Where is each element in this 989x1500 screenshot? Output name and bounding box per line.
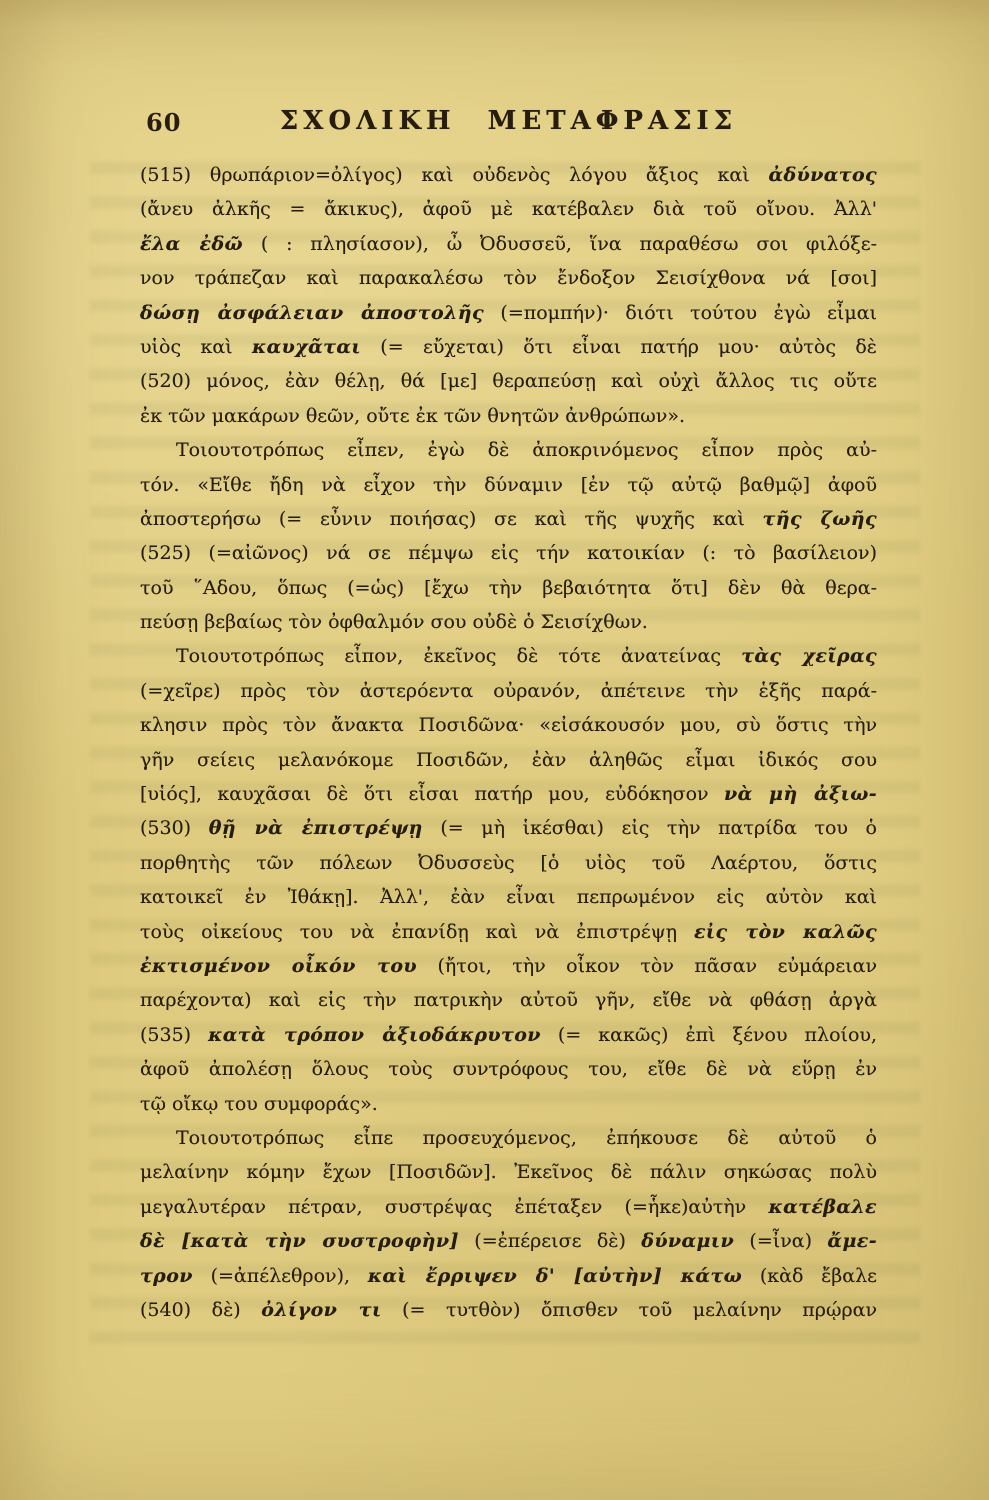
text-segment: (535) bbox=[140, 1024, 208, 1046]
text-line: (525) (=αἰῶνος) νά σε πέμψω εἰς τήν κατο… bbox=[140, 536, 877, 570]
text-line: τοὺς οἰκείους του νὰ ἐπανίδῃ καὶ νὰ ἐπισ… bbox=[140, 915, 877, 949]
lemma-bold-italic: ὀλίγον τι bbox=[261, 1299, 381, 1321]
text-segment: (ἄνευ ἀλκῆς = ἄκικυς), ἀφοῦ μὲ κατέβαλεν… bbox=[140, 198, 877, 220]
text-line: ἀφοῦ ἀπολέσῃ ὅλους τοὺς συντρόφους του, … bbox=[140, 1052, 877, 1086]
text-segment: (= κακῶς) ἐπὶ ξένου πλοίου, bbox=[541, 1024, 877, 1046]
text-segment: [υἱός], καυχᾶσαι δὲ ὅτι εἶσαι πατήρ μου,… bbox=[140, 783, 724, 805]
text-line: μεγαλυτέραν πέτραν, συστρέψας ἐπέταξεν (… bbox=[140, 1190, 877, 1224]
text-line: Τοιουτοτρόπως εἶπε προσευχόμενος, ἐπήκου… bbox=[140, 1121, 877, 1155]
text-line: Τοιουτοτρόπως εἶπεν, ἐγὼ δὲ ἀποκρινόμενο… bbox=[140, 433, 877, 467]
text-line: τόν. «Εἴθε ἤδη νὰ εἶχον τὴν δύναμιν [ἐν … bbox=[140, 468, 877, 502]
text-segment: ( : πλησίασον), ὦ Ὀδυσσεῦ, ἵνα παραθέσω … bbox=[243, 233, 877, 255]
text-line: (=χεῖρε) πρὸς τὸν ἀστερόεντα οὐρανόν, ἀπ… bbox=[140, 674, 877, 708]
text-line: κατοικεῖ ἐν Ἰθάκῃ]. Ἀλλ', ἐὰν εἶναι πεπρ… bbox=[140, 880, 877, 914]
lemma-bold-italic: καὶ ἔρριψεν δ' [αὐτὴν] κάτω bbox=[368, 1265, 742, 1287]
running-header-title: ΣΧΟΛΙΚΗ ΜΕΤΑΦΡΑΣΙΣ bbox=[140, 106, 877, 136]
text-line: (530) θῇ νὰ ἐπιστρέψῃ (= μὴ ἱκέσθαι) εἰς… bbox=[140, 811, 877, 845]
text-segment: (540) δὲ) bbox=[140, 1299, 261, 1321]
text-line: ἐκτισμένον οἶκόν του (ἤτοι, τὴν οἶκον τὸ… bbox=[140, 949, 877, 983]
text-segment: Τοιουτοτρόπως εἶπεν, ἐγὼ δὲ ἀποκρινόμενο… bbox=[176, 439, 877, 461]
text-line: γῆν σείεις μελανόκομε Ποσιδῶν, ἐὰν ἀληθῶ… bbox=[140, 743, 877, 777]
text-segment: κατοικεῖ ἐν Ἰθάκῃ]. Ἀλλ', ἐὰν εἶναι πεπρ… bbox=[140, 886, 877, 908]
lemma-bold-italic: κατέβαλε bbox=[768, 1196, 877, 1218]
text-segment: (=ἐπέρεισε δὲ) bbox=[459, 1230, 641, 1252]
text-segment: γῆν σείεις μελανόκομε Ποσιδῶν, ἐὰν ἀληθῶ… bbox=[140, 749, 877, 771]
text-segment: πορθητὴς τῶν πόλεων Ὀδυσσεὺς [ὁ υἱὸς τοῦ… bbox=[140, 852, 877, 874]
text-segment: (=ἀπέλεθρον), bbox=[193, 1265, 368, 1287]
text-line: (540) δὲ) ὀλίγον τι (= τυτθὸν) ὄπισθεν τ… bbox=[140, 1293, 877, 1327]
text-segment: τοῦ ῞Αδου, ὅπως (=ὡς) [ἔχω τὴν βεβαιότητ… bbox=[140, 577, 877, 599]
lemma-bold-italic: νὰ μὴ ἀξιω- bbox=[724, 783, 877, 805]
text-line: δώσῃ ἀσφάλειαν ἀποστολῆς (=πομπήν)· διότ… bbox=[140, 296, 877, 330]
text-segment: (525) (=αἰῶνος) νά σε πέμψω εἰς τήν κατο… bbox=[140, 542, 877, 564]
lemma-bold-italic: δὲ [κατὰ τὴν συστροφὴν] bbox=[140, 1230, 459, 1252]
text-line: τῷ οἴκῳ του συμφοράς». bbox=[140, 1087, 877, 1121]
lemma-bold-italic: κατὰ τρόπον ἀξιοδάκρυτον bbox=[208, 1024, 541, 1046]
text-segment: (κὰδ ἔβαλε bbox=[742, 1265, 877, 1287]
text-segment: (=χεῖρε) πρὸς τὸν ἀστερόεντα οὐρανόν, ἀπ… bbox=[140, 680, 877, 702]
text-segment: πεύσῃ βεβαίως τὸν ὀφθαλμόν σου οὐδὲ ὁ Σε… bbox=[140, 611, 648, 633]
text-segment: υἱὸς καὶ bbox=[140, 336, 252, 358]
text-segment: (ἤτοι, τὴν οἶκον τὸν πᾶσαν εὐμάρειαν bbox=[417, 955, 877, 977]
scanned-book-page: 60 ΣΧΟΛΙΚΗ ΜΕΤΑΦΡΑΣΙΣ (515) θρωπάριον=ὀλ… bbox=[0, 0, 989, 1500]
body-text: (515) θρωπάριον=ὀλίγος) καὶ οὐδενὸς λόγο… bbox=[140, 158, 877, 1327]
text-segment: (=ἶνα) bbox=[734, 1230, 827, 1252]
text-line: νον τράπεζαν καὶ παρακαλέσω τὸν ἔνδοξον … bbox=[140, 261, 877, 295]
text-line: πορθητὴς τῶν πόλεων Ὀδυσσεὺς [ὁ υἱὸς τοῦ… bbox=[140, 846, 877, 880]
text-segment: ἐκ τῶν μακάρων θεῶν, οὔτε ἐκ τῶν θνητῶν … bbox=[140, 405, 685, 427]
text-segment: παρέχοντα) καὶ εἰς τὴν πατρικὴν αὐτοῦ γῆ… bbox=[140, 989, 877, 1011]
text-segment: ἀποστερήσω (= εὖνιν ποιήσας) σε καὶ τῆς … bbox=[140, 508, 763, 530]
text-segment: (= τυτθὸν) ὄπισθεν τοῦ μελαίνην πρῴραν bbox=[382, 1299, 877, 1321]
text-segment: (= εὔχεται) ὅτι εἶναι πατήρ μου· αὐτὸς δ… bbox=[361, 336, 877, 358]
lemma-bold-italic: ἐκτισμένον οἶκόν του bbox=[140, 955, 417, 977]
text-line: παρέχοντα) καὶ εἰς τὴν πατρικὴν αὐτοῦ γῆ… bbox=[140, 983, 877, 1017]
text-line: κλησιν πρὸς τὸν ἄνακτα Ποσιδῶνα· «εἰσάκο… bbox=[140, 708, 877, 742]
text-line: τρον (=ἀπέλεθρον), καὶ ἔρριψεν δ' [αὐτὴν… bbox=[140, 1259, 877, 1293]
lemma-bold-italic: ἄμε- bbox=[827, 1230, 877, 1252]
lemma-bold-italic: εἰς τὸν καλῶς bbox=[694, 921, 877, 943]
text-segment: Τοιουτοτρόπως εἶπε προσευχόμενος, ἐπήκου… bbox=[176, 1127, 877, 1149]
text-line: ἀποστερήσω (= εὖνιν ποιήσας) σε καὶ τῆς … bbox=[140, 502, 877, 536]
text-segment: (520) μόνος, ἐὰν θέλῃ, θά [με] θεραπεύσῃ… bbox=[140, 370, 877, 392]
lemma-bold-italic: ἔλα ἐδῶ bbox=[140, 233, 243, 255]
lemma-bold-italic: ἀδύνατος bbox=[768, 164, 877, 186]
lemma-bold-italic: τὰς χεῖρας bbox=[741, 645, 877, 667]
text-line: υἱὸς καὶ καυχᾶται (= εὔχεται) ὅτι εἶναι … bbox=[140, 330, 877, 364]
lemma-bold-italic: τρον bbox=[140, 1265, 193, 1287]
text-line: [υἱός], καυχᾶσαι δὲ ὅτι εἶσαι πατήρ μου,… bbox=[140, 777, 877, 811]
lemma-bold-italic: θῇ νὰ ἐπιστρέψῃ bbox=[209, 817, 423, 839]
text-line: μελαίνην κόμην ἔχων [Ποσιδῶν]. Ἐκεῖνος δ… bbox=[140, 1155, 877, 1189]
text-segment: (= μὴ ἱκέσθαι) εἰς τὴν πατρίδα του ὁ bbox=[423, 817, 877, 839]
text-segment: Τοιουτοτρόπως εἶπον, ἐκεῖνος δὲ τότε ἀνα… bbox=[176, 645, 741, 667]
text-segment: (530) bbox=[140, 817, 209, 839]
text-line: (535) κατὰ τρόπον ἀξιοδάκρυτον (= κακῶς)… bbox=[140, 1018, 877, 1052]
text-segment: (=πομπήν)· διότι τούτου ἐγὼ εἶμαι bbox=[484, 302, 877, 324]
text-line: (520) μόνος, ἐὰν θέλῃ, θά [με] θεραπεύσῃ… bbox=[140, 364, 877, 398]
text-segment: μεγαλυτέραν πέτραν, συστρέψας ἐπέταξεν (… bbox=[140, 1196, 768, 1218]
text-segment: μελαίνην κόμην ἔχων [Ποσιδῶν]. Ἐκεῖνος δ… bbox=[140, 1161, 877, 1183]
text-segment: (515) θρωπάριον=ὀλίγος) καὶ οὐδενὸς λόγο… bbox=[140, 164, 768, 186]
text-line: ἐκ τῶν μακάρων θεῶν, οὔτε ἐκ τῶν θνητῶν … bbox=[140, 399, 877, 433]
lemma-bold-italic: καυχᾶται bbox=[252, 336, 361, 358]
text-segment: τοὺς οἰκείους του νὰ ἐπανίδῃ καὶ νὰ ἐπισ… bbox=[140, 921, 694, 943]
text-segment: ἀφοῦ ἀπολέσῃ ὅλους τοὺς συντρόφους του, … bbox=[140, 1058, 877, 1080]
lemma-bold-italic: δύναμιν bbox=[641, 1230, 734, 1252]
lemma-bold-italic: τῆς ζωῆς bbox=[763, 508, 877, 530]
text-line: πεύσῃ βεβαίως τὸν ὀφθαλμόν σου οὐδὲ ὁ Σε… bbox=[140, 605, 877, 639]
text-line: δὲ [κατὰ τὴν συστροφὴν] (=ἐπέρεισε δὲ) δ… bbox=[140, 1224, 877, 1258]
text-line: ἔλα ἐδῶ ( : πλησίασον), ὦ Ὀδυσσεῦ, ἵνα π… bbox=[140, 227, 877, 261]
text-segment: νον τράπεζαν καὶ παρακαλέσω τὸν ἔνδοξον … bbox=[140, 267, 877, 289]
text-segment: κλησιν πρὸς τὸν ἄνακτα Ποσιδῶνα· «εἰσάκο… bbox=[140, 714, 877, 736]
text-segment: τόν. «Εἴθε ἤδη νὰ εἶχον τὴν δύναμιν [ἐν … bbox=[140, 474, 877, 496]
page-header: 60 ΣΧΟΛΙΚΗ ΜΕΤΑΦΡΑΣΙΣ bbox=[140, 104, 877, 144]
text-line: (515) θρωπάριον=ὀλίγος) καὶ οὐδενὸς λόγο… bbox=[140, 158, 877, 192]
text-line: τοῦ ῞Αδου, ὅπως (=ὡς) [ἔχω τὴν βεβαιότητ… bbox=[140, 571, 877, 605]
text-segment: τῷ οἴκῳ του συμφοράς». bbox=[140, 1093, 378, 1115]
text-line: (ἄνευ ἀλκῆς = ἄκικυς), ἀφοῦ μὲ κατέβαλεν… bbox=[140, 192, 877, 226]
text-line: Τοιουτοτρόπως εἶπον, ἐκεῖνος δὲ τότε ἀνα… bbox=[140, 639, 877, 673]
lemma-bold-italic: δώσῃ ἀσφάλειαν ἀποστολῆς bbox=[140, 302, 484, 324]
